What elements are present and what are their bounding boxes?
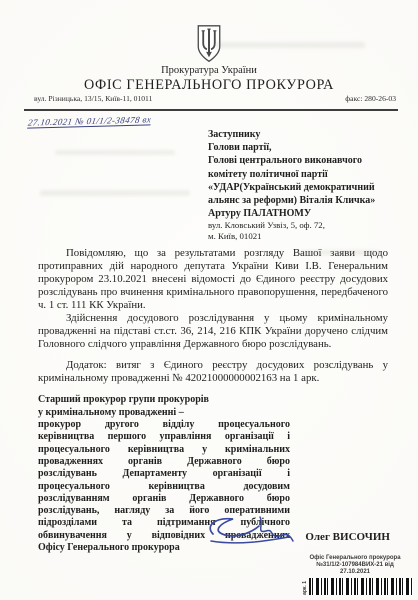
org-contact-row: вул. Різницька, 13/15, Київ-11, 01011 фа… xyxy=(0,94,418,103)
signatory-title-line: процесуального керівництва у кримінальни… xyxy=(38,444,290,456)
signatory-title-line: у кримінальному провадженні – xyxy=(38,407,290,419)
recipient-address-line: вул. Кловський Узвіз, 5, оф. 72, xyxy=(208,220,418,231)
bleed-through-artifact xyxy=(300,250,380,255)
signatory-title-line: розслідувань Департаменту організації і xyxy=(38,468,290,480)
recipient-address-line: м. Київ, 01021 xyxy=(208,231,418,242)
signatory-name: Олег ВИСОЧИН xyxy=(305,531,390,543)
letterhead: Прокуратура України ОФІС ГЕНЕРАЛЬНОГО ПР… xyxy=(0,0,418,111)
handwritten-signature xyxy=(203,510,298,552)
registration-stamp: Офіс Генерального прокурора №31/1/2-1079… xyxy=(297,555,413,595)
header-divider xyxy=(24,109,398,111)
letter-body: Повідомляю, що за результатами розгляду … xyxy=(38,247,388,385)
stamp-sheet-count: арк. 1 xyxy=(302,581,308,595)
recipient-line: Голові центрального виконавчого xyxy=(208,154,418,167)
recipient-line: Голови партії, xyxy=(208,141,418,154)
org-name: ОФІС ГЕНЕРАЛЬНОГО ПРОКУРОРА xyxy=(0,77,418,93)
recipient-block: Заступнику Голови партії, Голові централ… xyxy=(208,128,418,242)
handwritten-ref-number: 27.10.2021 № 01/1/2-38478 вх xyxy=(27,113,152,128)
body-paragraph: Здійснення досудового розслідування у ць… xyxy=(38,312,388,351)
signatory-title-line: розслідуванням органів Державного бюро xyxy=(38,493,290,505)
recipient-name: Артуру ПАЛАТНОМУ xyxy=(208,207,418,220)
signatory-title-line: процесуального керівництва досудовим xyxy=(38,481,290,493)
recipient-line: альянс за реформи) Віталія Кличка» xyxy=(208,194,418,207)
recipient-line: «УДАР(Український демократичний xyxy=(208,181,418,194)
org-parent-name: Прокуратура України xyxy=(0,65,418,77)
letter-page: Прокуратура України ОФІС ГЕНЕРАЛЬНОГО ПР… xyxy=(0,0,418,600)
stamp-barcode-row: арк. 1 xyxy=(297,578,413,595)
barcode xyxy=(309,578,413,595)
body-paragraph: Повідомляю, що за результатами розгляду … xyxy=(38,247,388,312)
recipient-line: Заступнику xyxy=(208,128,418,141)
signatory-title-line: провадженнях органів Державного бюро xyxy=(38,456,290,468)
signatory-title-line: Старший прокурор групи прокурорів xyxy=(38,394,290,406)
bleed-through-artifact xyxy=(40,190,190,196)
signatory-title-line: прокурор другого відділу процесуального xyxy=(38,419,290,431)
stamp-number: №31/1/2-107984ВИХ-21 від xyxy=(297,562,413,569)
signatory-title-line: керівництва першого управління організац… xyxy=(38,431,290,443)
attachment-paragraph: Додаток: витяг з Єдиного реєстру досудов… xyxy=(38,359,388,385)
bleed-through-artifact xyxy=(55,150,175,155)
bleed-through-artifact xyxy=(215,42,365,48)
stamp-date: 27.10.2021 xyxy=(297,569,413,576)
org-address: вул. Різницька, 13/15, Київ-11, 01011 xyxy=(34,94,152,103)
org-fax: факс: 280-26-03 xyxy=(345,94,396,103)
recipient-line: комітету політичної партії xyxy=(208,168,418,181)
